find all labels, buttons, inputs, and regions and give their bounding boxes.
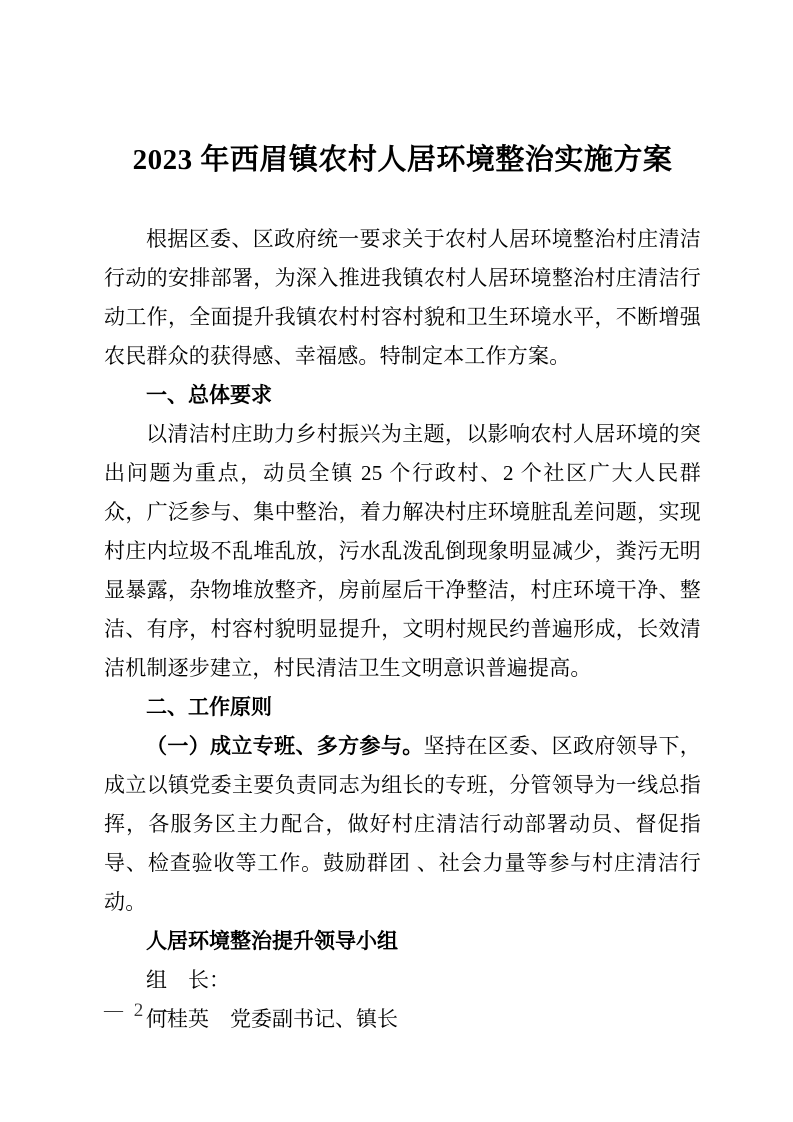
document-content: 2023 年西眉镇农村人居环境整治实施方案 根据区委、区政府统一要求关于农村人居… (104, 138, 701, 1039)
page-number: — 2 — (104, 1000, 176, 1022)
intro-paragraph: 根据区委、区政府统一要求关于农村人居环境整治村庄清洁行动的安排部署，为深入推进我… (104, 220, 701, 376)
section-2-heading: 二、工作原则 (104, 688, 701, 727)
section-1-heading: 一、总体要求 (104, 376, 701, 415)
leading-group-heading: 人居环境整治提升领导小组 (104, 922, 701, 961)
document-title: 2023 年西眉镇农村人居环境整治实施方案 (104, 138, 701, 182)
section-1-body: 以清洁村庄助力乡村振兴为主题，以影响农村人居环境的突出问题为重点，动员全镇 25… (104, 415, 701, 688)
leader-role-line: 组 长： (104, 961, 701, 1000)
section-2-item-1-label: （一）成立专班、多方参与。 (146, 734, 424, 758)
section-2-item-1: （一）成立专班、多方参与。坚持在区委、区政府领导下，成立以镇党委主要负责同志为组… (104, 727, 701, 922)
leader-name-line: 何桂英 党委副书记、镇长 (104, 1000, 701, 1039)
document-page: 2023 年西眉镇农村人居环境整治实施方案 根据区委、区政府统一要求关于农村人居… (0, 0, 793, 1122)
section-2-item-1-body: 坚持在区委、区政府领导下，成立以镇党委主要负责同志为组长的专班，分管领导为一线总… (104, 734, 701, 914)
